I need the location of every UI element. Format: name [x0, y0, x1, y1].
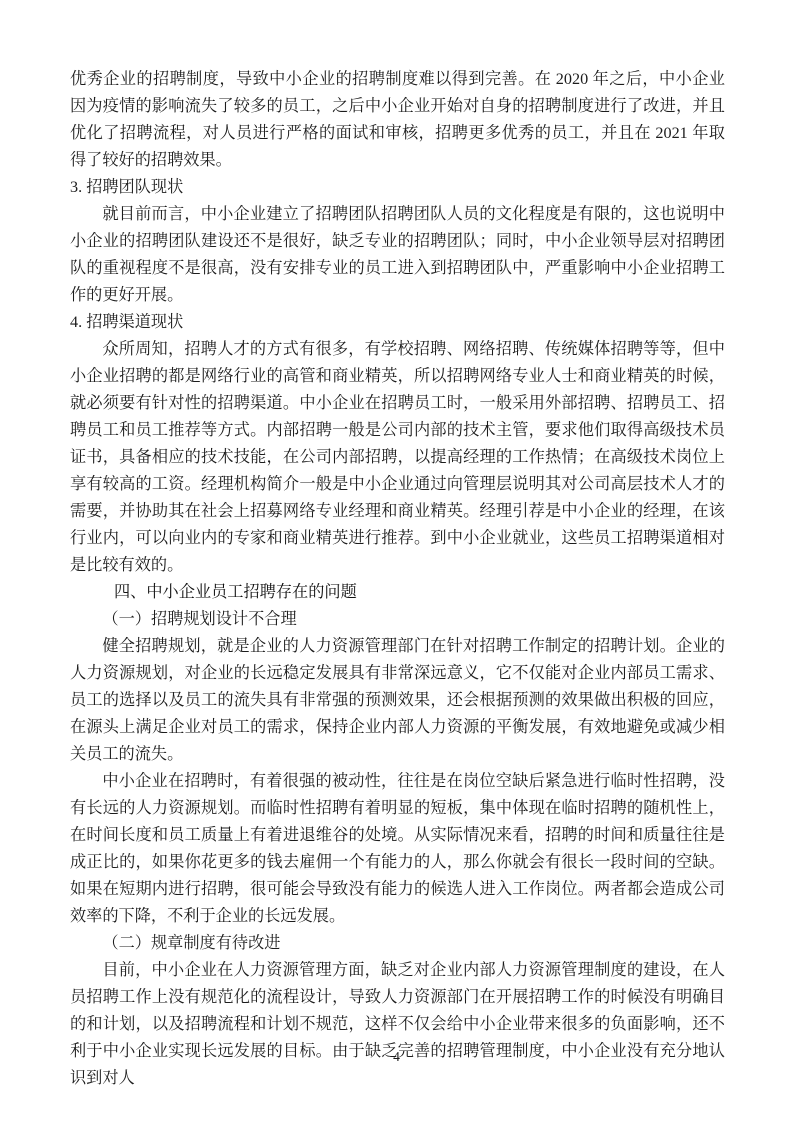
paragraph-recruitment-team: 就目前而言，中小企业建立了招聘团队招聘团队人员的文化程度是有限的，这也说明中小企… — [70, 201, 725, 309]
heading-recruitment-team-status: 3. 招聘团队现状 — [70, 174, 725, 201]
document-content: 优秀企业的招聘制度，导致中小企业的招聘制度难以得到完善。在 2020 年之后，中… — [70, 66, 725, 1092]
paragraph-recruitment-channels: 众所周知，招聘人才的方式有很多，有学校招聘、网络招聘、传统媒体招聘等等，但中小企… — [70, 336, 725, 579]
page-number: 4 — [0, 1048, 793, 1066]
subsection-heading-rules-improvement: （二）规章制度有待改进 — [70, 930, 725, 957]
paragraph-recruitment-system: 优秀企业的招聘制度，导致中小企业的招聘制度难以得到完善。在 2020 年之后，中… — [70, 66, 725, 174]
paragraph-hr-management-rules: 目前，中小企业在人力资源管理方面，缺乏对企业内部人力资源管理制度的建设，在人员招… — [70, 957, 725, 1092]
subsection-heading-planning-unreasonable: （一）招聘规划设计不合理 — [70, 606, 725, 633]
heading-recruitment-channel-status: 4. 招聘渠道现状 — [70, 309, 725, 336]
paragraph-passive-recruitment: 中小企业在招聘时，有着很强的被动性，往往是在岗位空缺后紧急进行临时性招聘，没有长… — [70, 768, 725, 930]
document-page: 优秀企业的招聘制度，导致中小企业的招聘制度难以得到完善。在 2020 年之后，中… — [0, 0, 793, 1122]
paragraph-recruitment-planning: 健全招聘规划，就是企业的人力资源管理部门在针对招聘工作制定的招聘计划。企业的人力… — [70, 633, 725, 768]
section-heading-problems: 四、中小企业员工招聘存在的问题 — [70, 579, 725, 606]
